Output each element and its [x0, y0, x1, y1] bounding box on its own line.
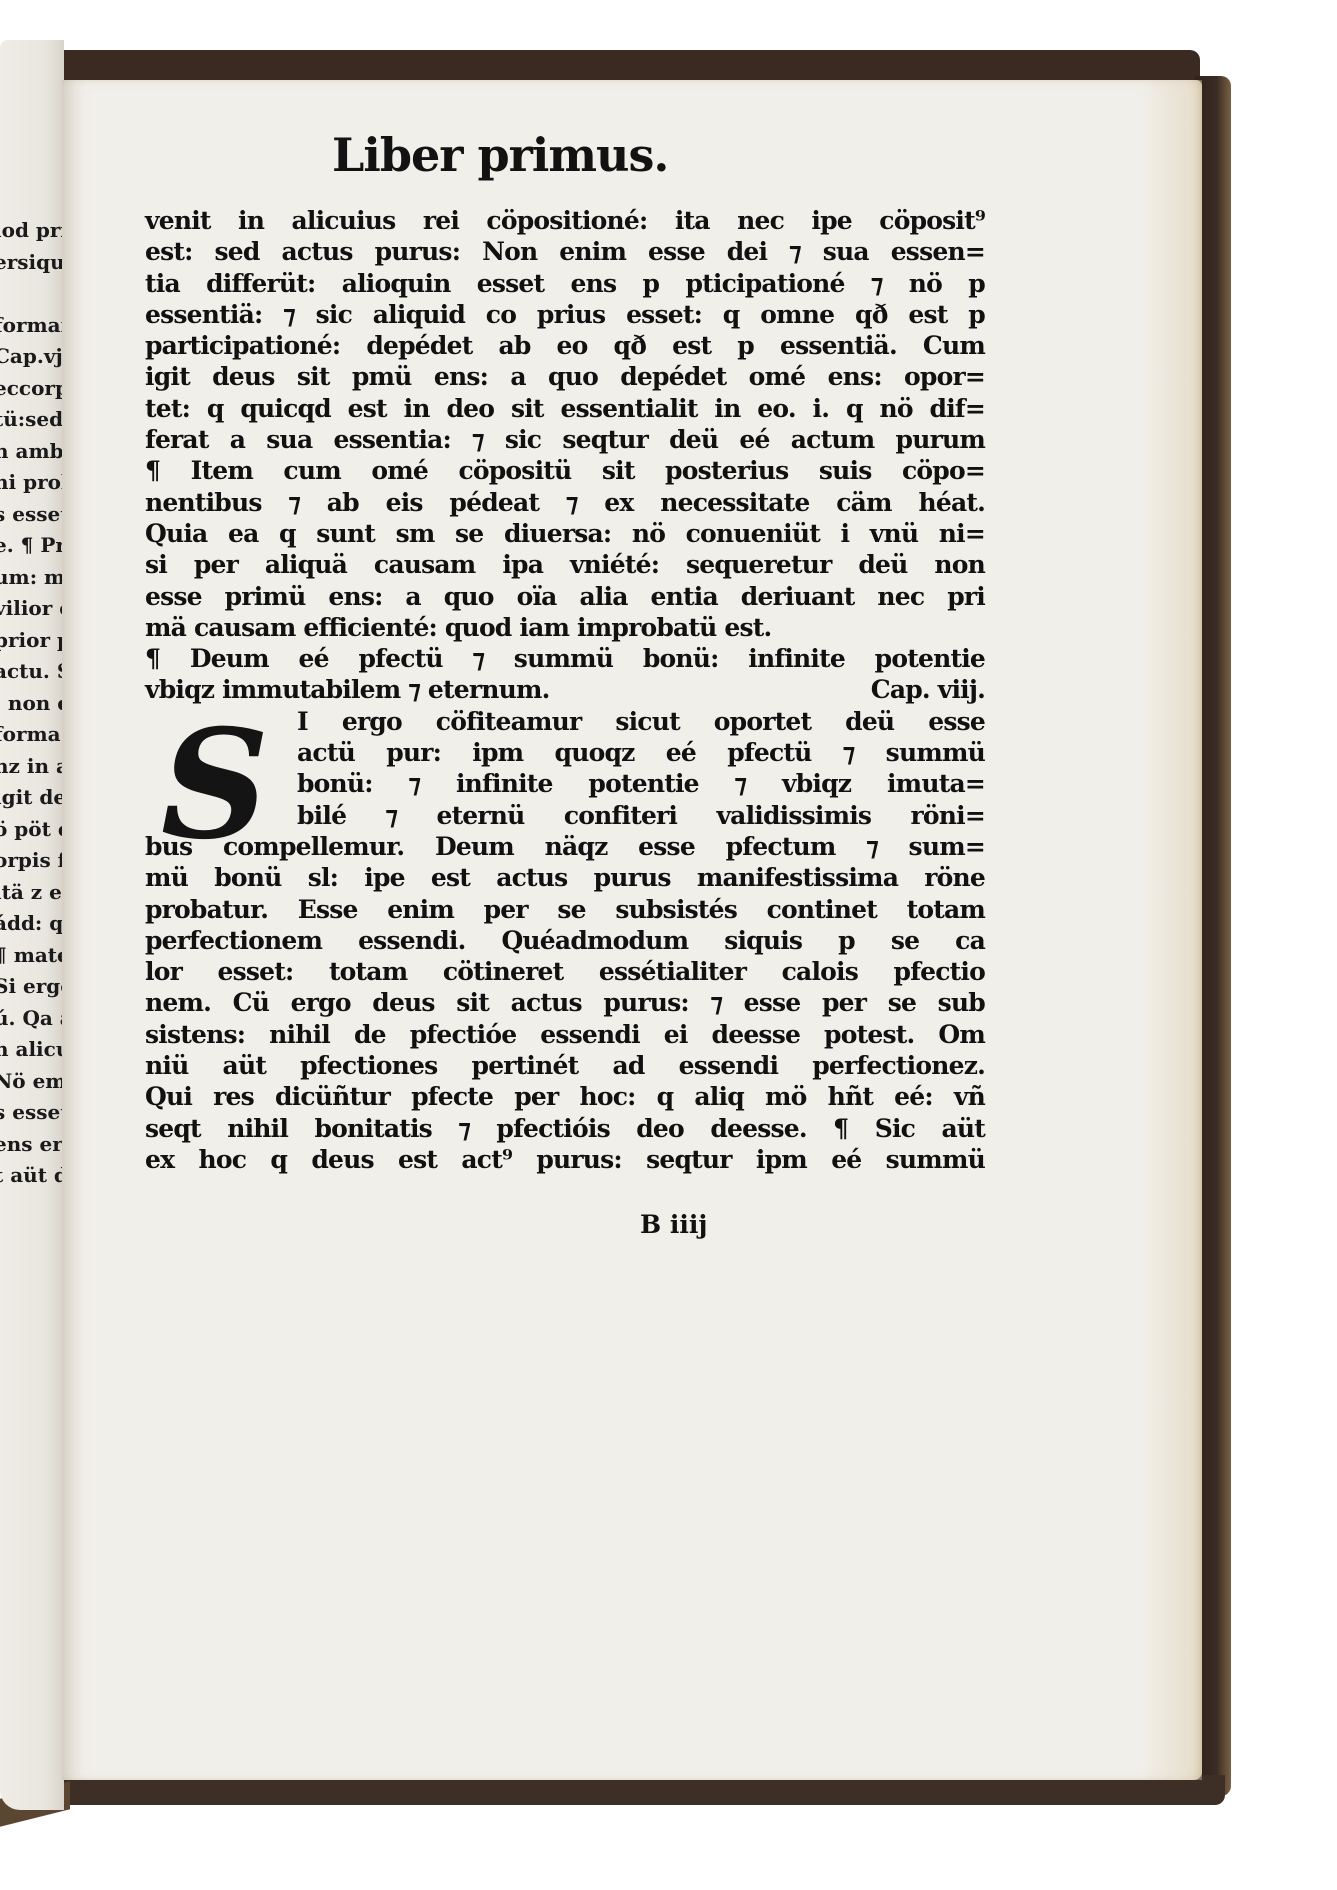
- verso-line: ö pöt esse: [0, 814, 64, 846]
- text-line: probatur. Esse enim per se subsistés con…: [145, 894, 985, 925]
- chapter-label: Cap. viij.: [871, 674, 985, 705]
- running-head: Liber primus.: [332, 128, 668, 182]
- verso-line: ens er per c: [0, 1129, 64, 1161]
- text-line: tia differüt: alioquin esset ens p ptici…: [145, 268, 985, 299]
- text-line: nentibus ⁊ ab eis pédeat ⁊ ex necessitat…: [145, 487, 985, 518]
- verso-page-edge: iod primu ersiquéq formamnu Cap.vj eccor…: [0, 40, 64, 1810]
- verso-line: hz in alio: [0, 751, 64, 783]
- chapter-heading-line-2: vbiqz immutabilem ⁊ eternum. Cap. viij.: [145, 674, 985, 705]
- verso-line: vilior em.: [0, 593, 64, 625]
- book-photograph: iod primu ersiquéq formamnu Cap.vj eccor…: [0, 0, 1337, 1890]
- verso-line: hi probati: [0, 467, 64, 499]
- chapter-heading-line: ¶ Deum eé pfectü ⁊ summü bonü: infinite …: [145, 643, 985, 674]
- text-line: est: sed actus purus: Non enim esse dei …: [145, 236, 985, 267]
- verso-line: iod primu: [0, 215, 64, 247]
- verso-line: Nö em man: [0, 1066, 64, 1098]
- verso-line: [0, 278, 64, 310]
- verso-line: n alicuius: [0, 1034, 64, 1066]
- text-line: participationé: depédet ab eo qð est p e…: [145, 330, 985, 361]
- text-line: seqt nihil bonitatis ⁊ pfectióis deo dee…: [145, 1113, 985, 1144]
- text-line: esse primü ens: a quo oïa alia entia der…: [145, 581, 985, 612]
- text-line: niü aüt pfectiones pertinét ad essendi p…: [145, 1050, 985, 1081]
- verso-line: orpis for: [0, 845, 64, 877]
- page-edge-foxing: [1142, 80, 1202, 1780]
- text-line: ex hoc q deus est act⁹ purus: seqtur ipm…: [145, 1144, 985, 1175]
- main-text-block: venit in alicuius rei cöpositioné: ita n…: [145, 205, 985, 1175]
- verso-line: n ambigu: [0, 436, 64, 468]
- text-line: si per aliquä causam ipa vniété: sequere…: [145, 549, 985, 580]
- verso-line: itä z est e: [0, 877, 64, 909]
- verso-line: forma. Jd: [0, 719, 64, 751]
- text-line: nem. Cü ergo deus sit actus purus: ⁊ ess…: [145, 987, 985, 1018]
- verso-line: ú. Qa ali: [0, 1003, 64, 1035]
- text-line: Qui res dicüñtur pfecte per hoc: q aliq …: [145, 1081, 985, 1112]
- verso-text-fragments: iod primu ersiquéq formamnu Cap.vj eccor…: [0, 215, 64, 1192]
- text-line: Quia ea q sunt sm se diuersa: nö conueni…: [145, 518, 985, 549]
- text-line: tet: q quicqd est in deo sit essentialit…: [145, 393, 985, 424]
- verso-line: igit deus: [0, 782, 64, 814]
- signature-mark: B iiij: [640, 1210, 707, 1239]
- verso-line: actu. Si: [0, 656, 64, 688]
- verso-line: s esset corp: [0, 1097, 64, 1129]
- text-line: perfectionem essendi. Quéadmodum siquis …: [145, 925, 985, 956]
- verso-line: t aüt deus: [0, 1160, 64, 1192]
- verso-line: um: ma: [0, 562, 64, 594]
- verso-line: tü:sed act: [0, 404, 64, 436]
- verso-line: ersiquéq: [0, 247, 64, 279]
- verso-line: s esset co: [0, 499, 64, 531]
- paragraph-start-line: ¶ Item cum omé cöpositü sit posterius su…: [145, 455, 985, 486]
- text-line: sistens: nihil de pfectióe essendi ei de…: [145, 1019, 985, 1050]
- verso-line: ¶ materi: [0, 940, 64, 972]
- verso-line: e. ¶ Pre: [0, 530, 64, 562]
- text-line: venit in alicuius rei cöpositioné: ita n…: [145, 205, 985, 236]
- text-line: mü bonü sl: ipe est actus purus manifest…: [145, 862, 985, 893]
- verso-line: Cap.vj: [0, 341, 64, 373]
- text-line: igit deus sit pmü ens: a quo depédet omé…: [145, 361, 985, 392]
- text-line: ferat a sua essentia: ⁊ sic seqtur deü e…: [145, 424, 985, 455]
- verso-line: formamnu: [0, 310, 64, 342]
- text-line: lor esset: totam cötineret essétialiter …: [145, 956, 985, 987]
- text-line: mä causam efficienté: quod iam improbatü…: [145, 612, 985, 643]
- verso-line: . non esset: [0, 688, 64, 720]
- verso-line: prior pos: [0, 625, 64, 657]
- verso-line: Si ergo: [0, 971, 64, 1003]
- woodcut-initial-s: S: [145, 720, 285, 850]
- text-line: essentiä: ⁊ sic aliquid co prius esset: …: [145, 299, 985, 330]
- verso-line: ádd: qð n: [0, 908, 64, 940]
- verso-line: eccorpous: [0, 373, 64, 405]
